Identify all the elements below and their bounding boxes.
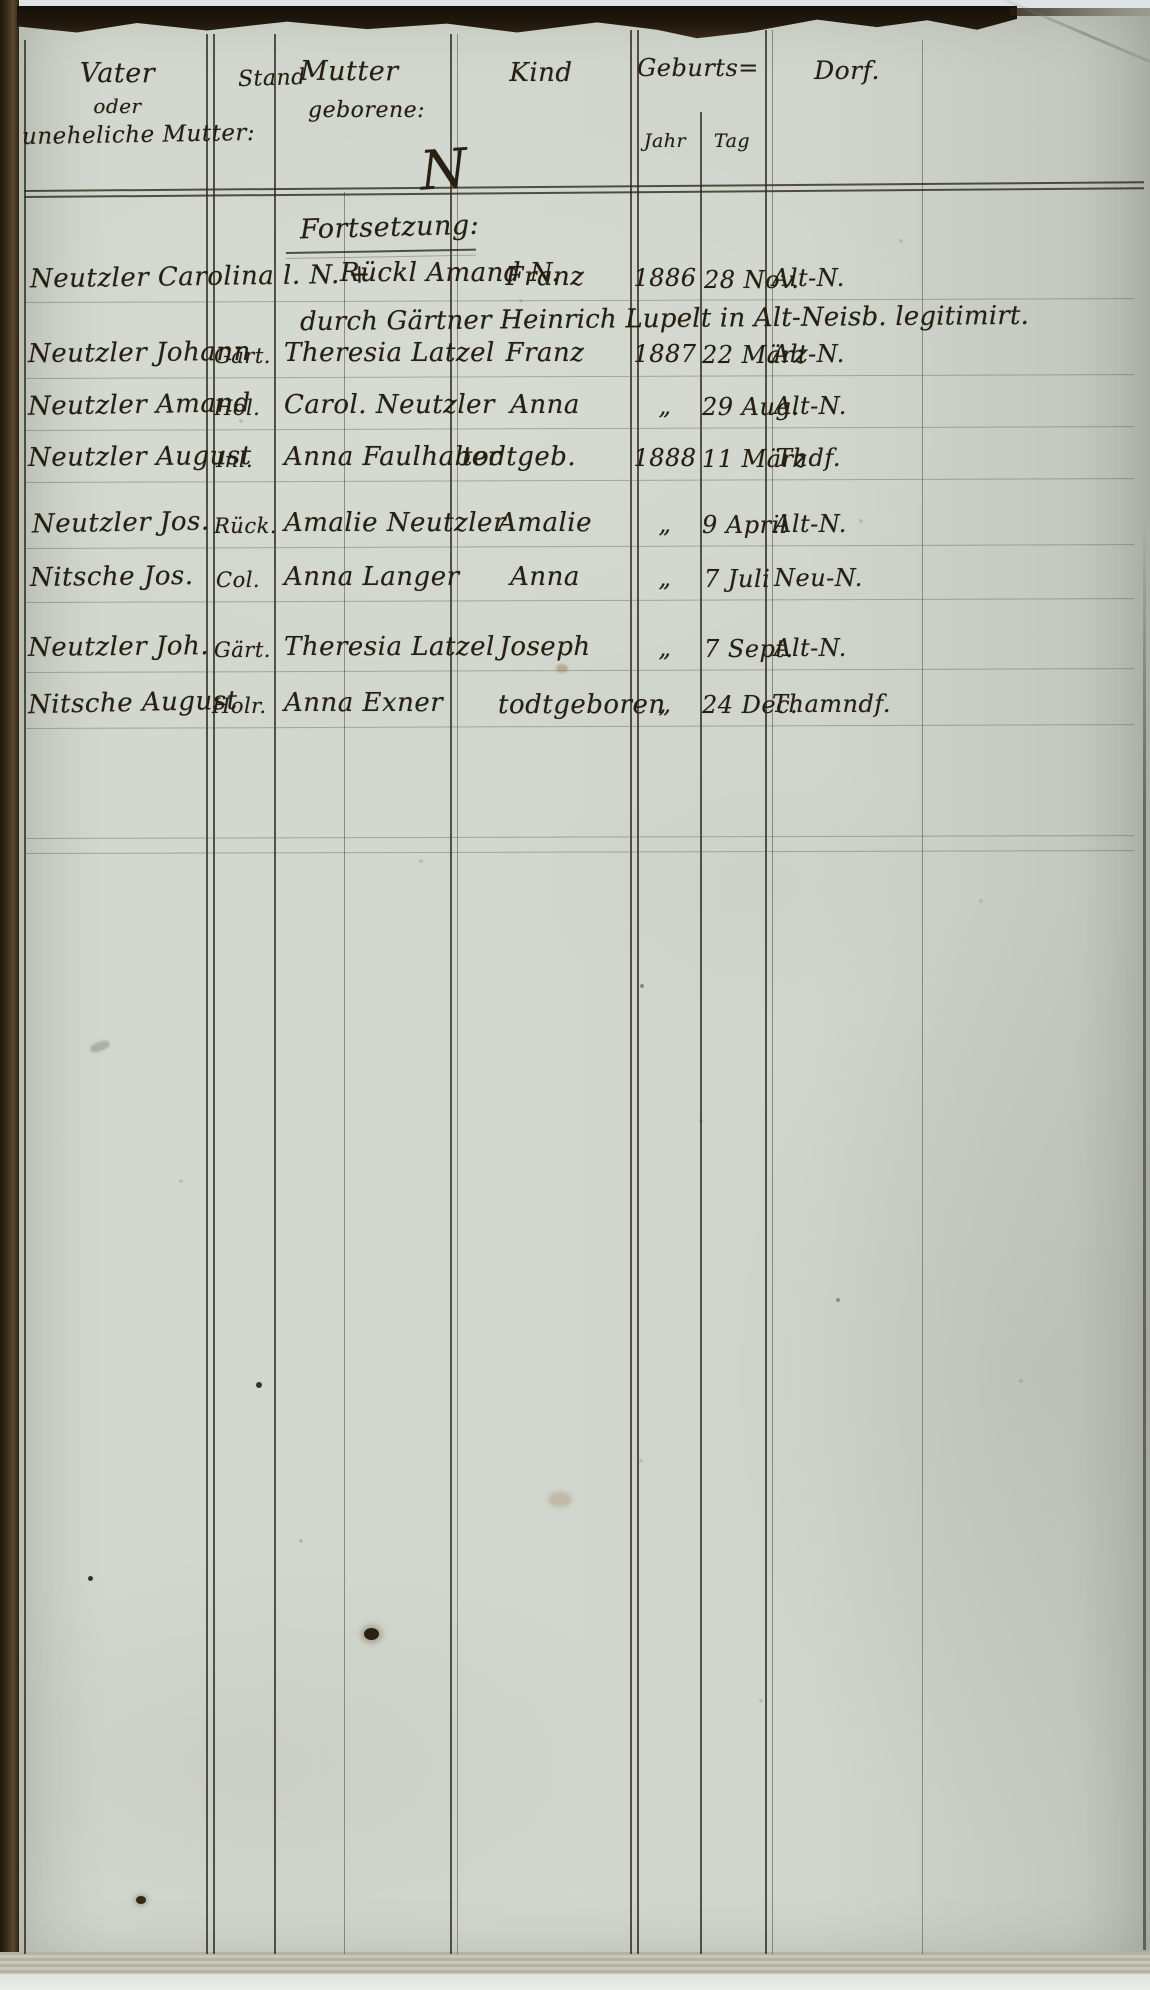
cell-stand: Rück. <box>214 514 277 538</box>
cell-village: Alt-N. <box>774 634 847 662</box>
header-father-line3: uneheliche Mutter: <box>22 120 256 150</box>
cell-father: Neutzler Carolina l. N. + <box>30 260 371 295</box>
scanned-register-page: Vater oder uneheliche Mutter: Stand Mutt… <box>0 0 1150 1990</box>
cell-village: Alt-N. <box>774 510 847 538</box>
cell-child: Anna <box>462 562 628 592</box>
cell-stand: Inl. <box>216 448 253 472</box>
cell-village: Neu-N. <box>774 564 863 592</box>
cell-year: „ <box>633 564 697 592</box>
ink-stain <box>88 1576 93 1581</box>
cell-day: 7 Juli <box>704 565 770 593</box>
scanner-bed-strip <box>0 1974 1150 1990</box>
cell-child: Franz <box>462 262 628 292</box>
header-birth-day: Tag <box>702 130 762 152</box>
cell-father: Neutzler Joh. <box>28 631 209 663</box>
column-rule <box>274 34 276 1954</box>
column-rule <box>206 34 208 1954</box>
cell-mother: Anna Langer <box>284 562 460 592</box>
header-birth: Geburts= <box>633 54 763 82</box>
cell-child: Anna <box>462 390 628 420</box>
ink-stain <box>364 1628 379 1640</box>
section-letter: N <box>418 136 470 202</box>
cell-village: Thamndf. <box>772 690 891 718</box>
cell-child: Franz <box>462 338 628 368</box>
section-title: Fortsetzung: <box>300 210 480 246</box>
header-father-line2: oder <box>30 94 205 118</box>
cell-village: Alt-N. <box>774 392 847 420</box>
page-right-edge <box>1143 520 1146 1950</box>
page-stack-bottom-edge <box>0 1952 1150 1976</box>
small-speck <box>640 984 644 988</box>
cell-year: 1886 <box>633 264 697 292</box>
cell-stand: Gärt. <box>214 344 271 368</box>
cell-stand: Holr. <box>212 694 267 718</box>
year-day-divider <box>700 112 702 1954</box>
header-birth-year: Jahr <box>633 130 697 152</box>
cell-year: „ <box>633 392 697 420</box>
header-mother-line1: Mutter <box>300 56 399 87</box>
cell-year: 1888 <box>633 444 697 472</box>
cell-village: Alt-N. <box>772 264 845 292</box>
cell-year: „ <box>633 510 697 538</box>
cell-village: Thdf. <box>776 444 841 472</box>
cell-mother: Anna Exner <box>284 688 443 718</box>
cell-stand: Col. <box>216 568 260 592</box>
cell-father: Nitsche Jos. <box>30 561 194 593</box>
header-father-line1: Vater <box>30 58 205 89</box>
column-rule <box>24 40 26 1954</box>
cell-year: „ <box>633 634 697 662</box>
cell-year: 1887 <box>633 340 697 368</box>
cell-father: Neutzler Jos. <box>32 506 210 539</box>
column-rule <box>213 34 215 1954</box>
header-village: Dorf. <box>772 56 922 85</box>
foxing-stain <box>556 664 568 673</box>
cell-note: durch Gärtner Heinrich Lupelt in Alt-Nei… <box>300 301 1029 337</box>
header-stand: Stand <box>238 65 307 92</box>
header-child: Kind <box>455 58 627 88</box>
ink-stain <box>256 1382 262 1388</box>
small-speck <box>836 1298 840 1302</box>
header-mother-line2: geborene: <box>308 98 425 123</box>
cell-village: Alt-N. <box>772 340 845 368</box>
cell-child: todtgeb. <box>462 442 576 472</box>
cell-stand: Gärt. <box>214 638 271 662</box>
cell-year: „ <box>633 690 697 718</box>
book-binding-edge <box>0 0 19 1990</box>
cell-stand: Hol. <box>214 396 260 420</box>
cell-child: Amalie <box>462 508 628 538</box>
foxing-stain <box>548 1492 572 1507</box>
cell-child: Joseph <box>462 632 628 662</box>
cell-father: Nitsche August <box>28 686 238 720</box>
paper-specks <box>0 0 2 2</box>
ink-stain <box>136 1896 146 1904</box>
